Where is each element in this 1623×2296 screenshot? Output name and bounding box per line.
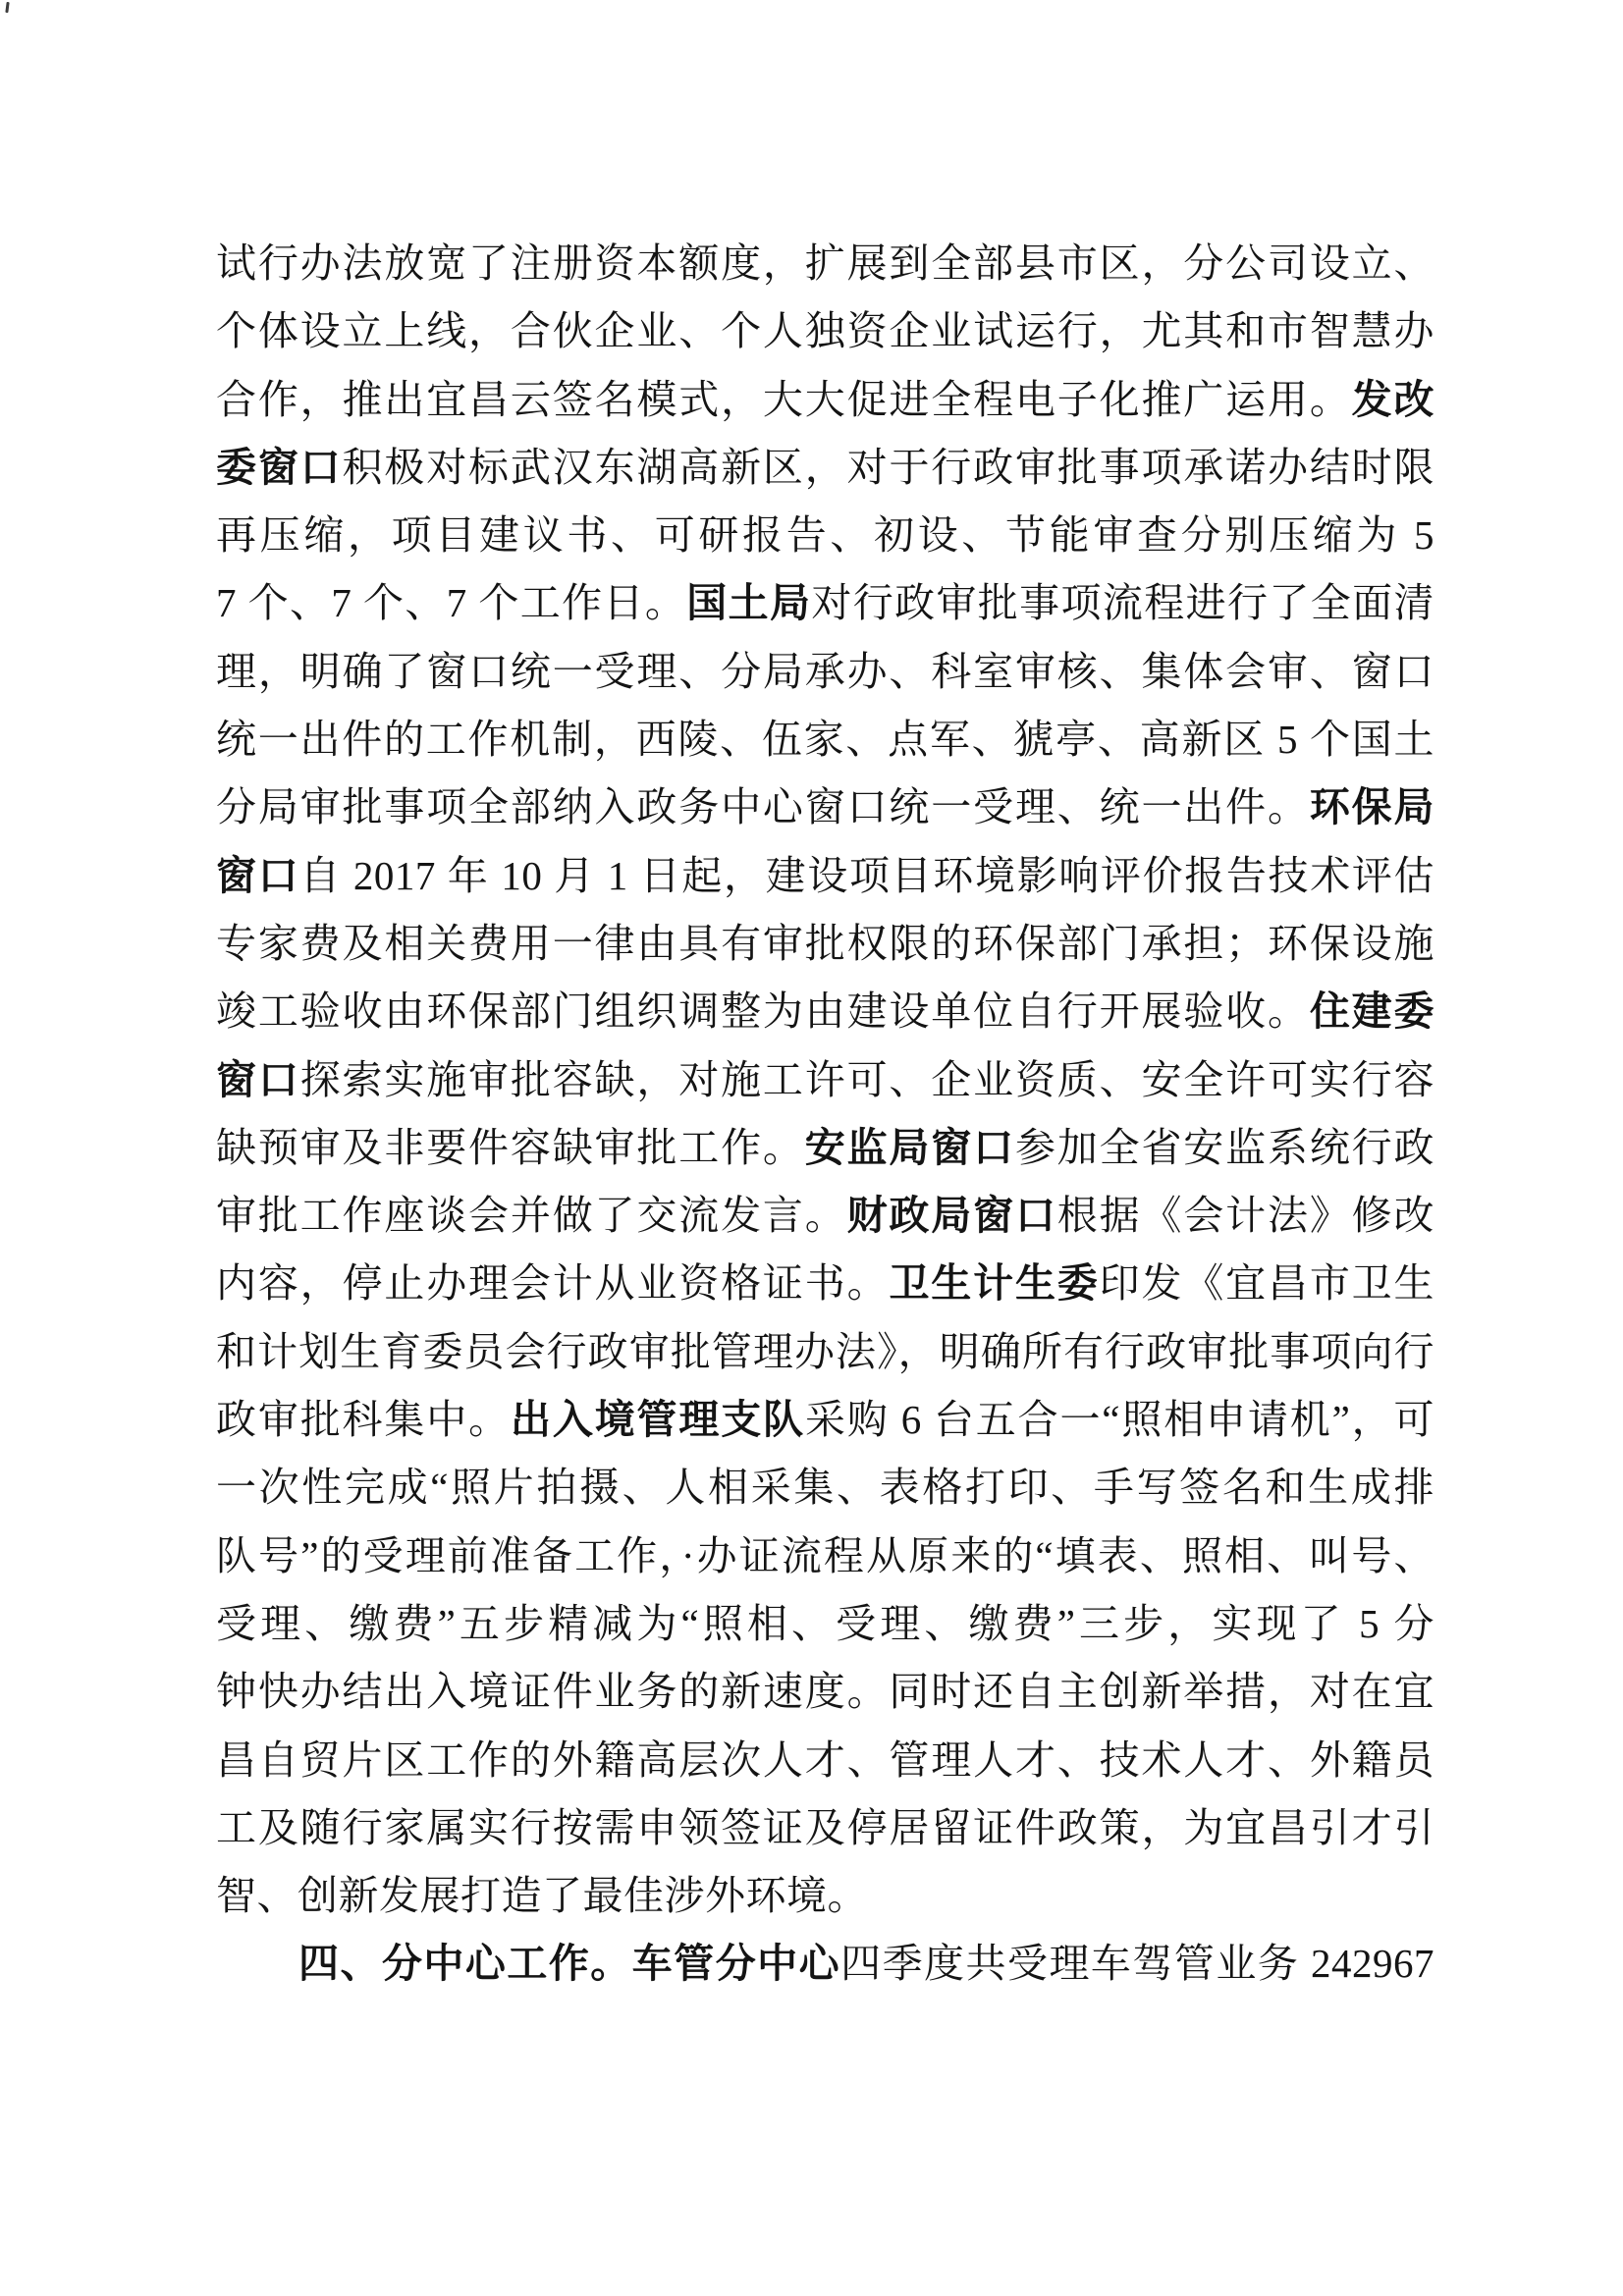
text-segment: 采购 6 台五合一“照相申请机”，可: [805, 1397, 1434, 1442]
text-line: 7 个、7 个、7 个工作日。国土局对行政审批事项流程进行了全面清: [216, 569, 1434, 637]
text-segment: 智、创新发展打造了最佳涉外环境。: [216, 1873, 868, 1918]
text-segment: 7 个、7 个、7 个工作日。: [216, 580, 686, 625]
text-segment: 和计划生育委员会行政审批管理办法》，明确所有行政审批事项向行: [216, 1329, 1434, 1374]
text-line: 窗口自 2017 年 10 月 1 日起，建设项目环境影响评价报告技术评估: [216, 842, 1434, 910]
text-segment: 积极对标武汉东湖高新区，对于行政审批事项承诺办结时限: [343, 445, 1434, 490]
text-segment: 自 2017 年 10 月 1 日起，建设项目环境影响评价报告技术评估: [299, 853, 1434, 898]
text-line: 内容，停止办理会计从业资格证书。卫生计生委印发《宜昌市卫生: [216, 1250, 1434, 1317]
text-segment-bold: 委窗口: [216, 445, 343, 490]
text-segment: 对行政审批事项流程进行了全面清: [811, 580, 1434, 625]
text-segment: 一次性完成“照片拍摄、人相采集、表格打印、手写签名和生成排: [216, 1465, 1434, 1510]
text-segment: 统一出件的工作机制，西陵、伍家、点军、猇亭、高新区 5 个国土: [216, 717, 1434, 762]
text-segment-bold: 窗口: [216, 853, 299, 898]
text-segment: 试行办法放宽了注册资本额度，扩展到全部县市区，分公司设立、: [216, 240, 1434, 286]
text-line: 分局审批事项全部纳入政务中心窗口统一受理、统一出件。环保局: [216, 774, 1434, 841]
text-block: 试行办法放宽了注册资本额度，扩展到全部县市区，分公司设立、个体设立上线，合伙企业…: [216, 230, 1434, 1999]
text-segment: 昌自贸片区工作的外籍高层次人才、管理人才、技术人才、外籍员: [216, 1737, 1434, 1783]
text-line: 工及随行家属实行按需申领签证及停居留证件政策，为宜昌引才引: [216, 1794, 1434, 1862]
text-segment: 个体设立上线，合伙企业、个人独资企业试运行，尤其和市智慧办: [216, 308, 1434, 353]
text-line: 个体设立上线，合伙企业、个人独资企业试运行，尤其和市智慧办: [216, 297, 1434, 365]
text-segment-bold: 安监局窗口: [805, 1125, 1015, 1170]
text-segment: 队号”的受理前准备工作，·办证流程从原来的“填表、照相、叫号、: [216, 1533, 1434, 1578]
text-segment-bold: 住建委: [1310, 988, 1434, 1034]
text-segment-bold: 卫生计生委: [889, 1260, 1099, 1306]
text-line: 竣工验收由环保部门组织调整为由建设单位自行开展验收。住建委: [216, 978, 1434, 1045]
text-line: 理，明确了窗口统一受理、分局承办、科室审核、集体会审、窗口: [216, 638, 1434, 706]
text-segment: 合作，推出宜昌云签名模式，大大促进全程电子化推广运用。: [216, 377, 1352, 422]
text-segment: 专家费及相关费用一律由具有审批权限的环保部门承担；环保设施: [216, 921, 1434, 966]
text-line: 试行办法放宽了注册资本额度，扩展到全部县市区，分公司设立、: [216, 230, 1434, 297]
text-segment: 理，明确了窗口统一受理、分局承办、科室审核、集体会审、窗口: [216, 649, 1434, 694]
text-line: 智、创新发展打造了最佳涉外环境。: [216, 1862, 1434, 1930]
text-segment-bold: 四、分中心工作。车管分中心: [298, 1941, 840, 1986]
text-segment-bold: 发改: [1352, 377, 1434, 422]
text-segment-bold: 出入境管理支队: [511, 1397, 805, 1442]
text-segment: 分局审批事项全部纳入政务中心窗口统一受理、统一出件。: [216, 784, 1310, 829]
text-segment: 审批工作座谈会并做了交流发言。: [216, 1193, 847, 1238]
text-segment: 探索实施审批容缺，对施工许可、企业资质、安全许可实行容: [300, 1057, 1434, 1102]
text-segment: 再压缩，项目建议书、可研报告、初设、节能审查分别压缩为 5 个、: [216, 512, 1434, 569]
text-line: 窗口探索实施审批容缺，对施工许可、企业资质、安全许可实行容: [216, 1046, 1434, 1114]
text-line: 委窗口积极对标武汉东湖高新区，对于行政审批事项承诺办结时限: [216, 434, 1434, 502]
text-segment: 印发《宜昌市卫生: [1100, 1260, 1434, 1306]
text-line: 和计划生育委员会行政审批管理办法》，明确所有行政审批事项向行: [216, 1318, 1434, 1386]
text-line: 合作，推出宜昌云签名模式，大大促进全程电子化推广运用。发改: [216, 366, 1434, 434]
text-line: 专家费及相关费用一律由具有审批权限的环保部门承担；环保设施: [216, 910, 1434, 978]
text-line: 受理、缴费”五步精减为“照相、受理、缴费”三步，实现了 5 分: [216, 1590, 1434, 1658]
text-line: 四、分中心工作。车管分中心四季度共受理车驾管业务 242967: [216, 1930, 1434, 1998]
text-segment-bold: 环保局: [1310, 784, 1434, 829]
text-segment-bold: 窗口: [216, 1057, 300, 1102]
text-segment: 政审批科集中。: [216, 1397, 511, 1442]
text-segment-bold: 财政局窗口: [847, 1193, 1057, 1238]
text-segment-bold: 国土局: [686, 580, 811, 625]
text-segment: 四季度共受理车驾管业务 242967: [840, 1941, 1434, 1986]
text-line: 队号”的受理前准备工作，·办证流程从原来的“填表、照相、叫号、: [216, 1522, 1434, 1590]
text-line: 统一出件的工作机制，西陵、伍家、点军、猇亭、高新区 5 个国土: [216, 706, 1434, 774]
document-page: 试行办法放宽了注册资本额度，扩展到全部县市区，分公司设立、个体设立上线，合伙企业…: [0, 0, 1623, 2296]
text-segment: 根据《会计法》修改: [1057, 1193, 1434, 1238]
text-line: 昌自贸片区工作的外籍高层次人才、管理人才、技术人才、外籍员: [216, 1727, 1434, 1794]
scan-artifact-mark: [5, 2, 9, 13]
text-segment: 受理、缴费”五步精减为“照相、受理、缴费”三步，实现了 5 分: [216, 1601, 1434, 1646]
text-line: 缺预审及非要件容缺审批工作。安监局窗口参加全省安监系统行政: [216, 1114, 1434, 1182]
text-segment: 内容，停止办理会计从业资格证书。: [216, 1260, 889, 1306]
text-line: 钟快办结出入境证件业务的新速度。同时还自主创新举措，对在宜: [216, 1658, 1434, 1726]
text-segment: 钟快办结出入境证件业务的新速度。同时还自主创新举措，对在宜: [216, 1669, 1434, 1714]
text-line: 审批工作座谈会并做了交流发言。财政局窗口根据《会计法》修改: [216, 1182, 1434, 1250]
text-segment: 竣工验收由环保部门组织调整为由建设单位自行开展验收。: [216, 988, 1310, 1034]
text-segment: 缺预审及非要件容缺审批工作。: [216, 1125, 805, 1170]
text-line: 一次性完成“照片拍摄、人相采集、表格打印、手写签名和生成排: [216, 1454, 1434, 1522]
document-scan-page: { "page": { "background_color": "#ffffff…: [0, 0, 1623, 2296]
text-line: 再压缩，项目建议书、可研报告、初设、节能审查分别压缩为 5 个、: [216, 502, 1434, 569]
text-segment: 工及随行家属实行按需申领签证及停居留证件政策，为宜昌引才引: [216, 1805, 1434, 1850]
text-segment: 参加全省安监系统行政: [1015, 1125, 1434, 1170]
text-line: 政审批科集中。出入境管理支队采购 6 台五合一“照相申请机”，可: [216, 1386, 1434, 1454]
